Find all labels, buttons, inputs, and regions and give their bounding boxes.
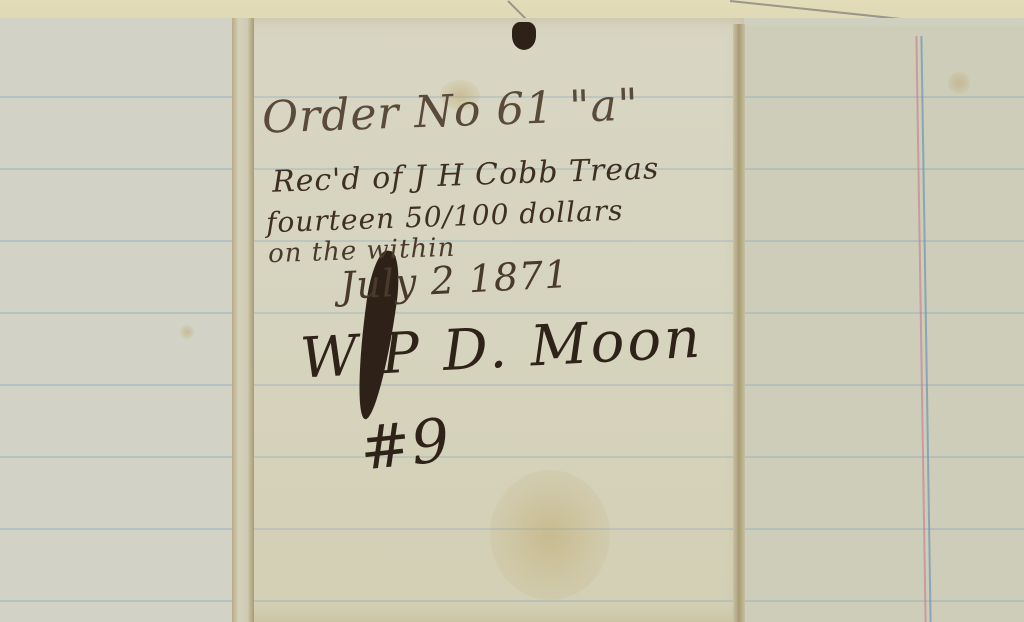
item-number: #9 <box>357 405 454 484</box>
ledger-page-left <box>0 18 232 622</box>
water-stain <box>948 72 970 94</box>
water-stain <box>490 470 610 600</box>
ledger-page-right <box>742 26 1024 622</box>
slip-fold-right <box>733 24 745 622</box>
slip-fold-left <box>232 18 254 622</box>
water-stain <box>180 325 194 339</box>
ink-blot-top <box>512 22 536 50</box>
document-photo: Order No 61 "a" Rec'd of J H Cobb Treas … <box>0 0 1024 622</box>
